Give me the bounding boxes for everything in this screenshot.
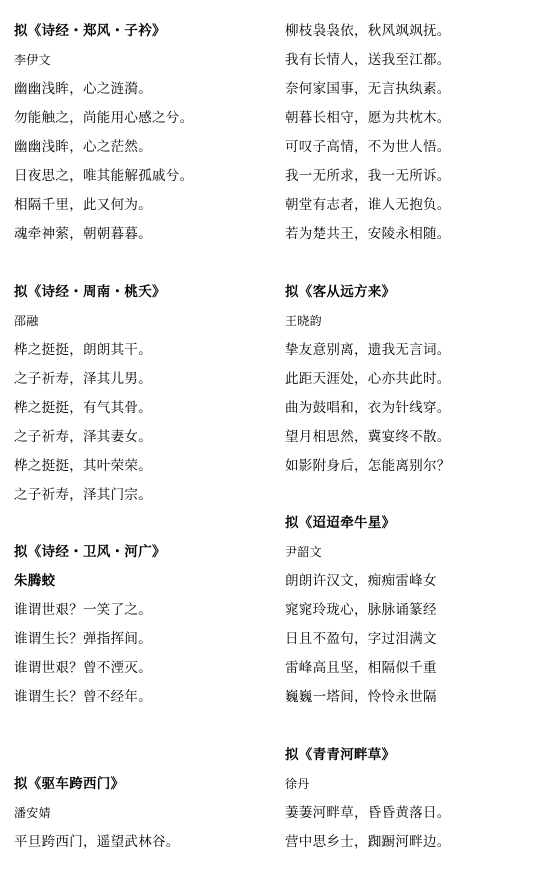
poem-author: 李伊文 — [14, 46, 193, 75]
poem-title: 拟《诗经・郑风・子衿》 — [14, 17, 193, 46]
poem-line: 如影附身后，怎能离别尔？ — [285, 452, 451, 481]
poem-line: 若为楚共王，安陵永相随。 — [285, 220, 451, 249]
poem-title: 拟《客从远方来》 — [285, 278, 451, 307]
poem-line: 萋萋河畔草，昏昏黄落日。 — [285, 799, 451, 828]
poem-title: 拟《青青河畔草》 — [285, 741, 451, 770]
poem-line: 营中思乡士，踟蹰河畔边。 — [285, 828, 451, 857]
poem-quche: 拟《驱车跨西门》 潘安婧 平旦跨西门，遥望武林谷。 — [14, 770, 180, 857]
poem-qingqing: 拟《青青河畔草》 徐丹 萋萋河畔草，昏昏黄落日。 营中思乡士，踟蹰河畔边。 — [285, 741, 451, 857]
poem-continuation: 柳枝袅袅依，秋风飒飒抚。 我有长情人，送我至江都。 奈何家国事，无言执纨素。 朝… — [285, 17, 451, 249]
poem-line: 朗朗许汉文，痴痴雷峰女 — [285, 567, 437, 596]
poem-author: 王晓韵 — [285, 307, 451, 336]
poem-line: 雷峰高且坚，相隔似千重 — [285, 654, 437, 683]
poem-line: 朝暮长相守，愿为共枕木。 — [285, 104, 451, 133]
poem-line: 此距天涯处，心亦共此时。 — [285, 365, 451, 394]
poem-heguang: 拟《诗经・卫风・河广》 朱腾蛟 谁谓世艰？一笑了之。 谁谓生长？弹指挥间。 谁谓… — [14, 538, 166, 712]
poem-line: 巍巍一塔间，怜怜永世隔 — [285, 683, 437, 712]
poem-line: 幽幽浅眸，心之茫然。 — [14, 133, 193, 162]
poem-kecongyuanfanglai: 拟《客从远方来》 王晓韵 挚友意别离，遗我无言词。 此距天涯处，心亦共此时。 曲… — [285, 278, 451, 481]
poem-line: 魂牵神萦，朝朝暮暮。 — [14, 220, 193, 249]
poem-line: 之子祈寿，泽其儿男。 — [14, 365, 166, 394]
poem-line: 曲为鼓唱和，衣为针线穿。 — [285, 394, 451, 423]
poem-line: 我一无所求，我一无所诉。 — [285, 162, 451, 191]
poem-author: 尹韶文 — [285, 538, 437, 567]
poem-line: 谁谓生长？弹指挥间。 — [14, 625, 166, 654]
poem-author: 徐丹 — [285, 770, 451, 799]
poem-line: 柳枝袅袅依，秋风飒飒抚。 — [285, 17, 451, 46]
poem-title: 拟《诗经・卫风・河广》 — [14, 538, 166, 567]
poem-line: 谁谓世艰？曾不湮灭。 — [14, 654, 166, 683]
poem-line: 日且不盈句，字过泪满文 — [285, 625, 437, 654]
poem-line: 幽幽浅眸，心之涟漪。 — [14, 75, 193, 104]
poem-line: 桦之挺挺，有气其骨。 — [14, 394, 166, 423]
poem-title: 拟《诗经・周南・桃夭》 — [14, 278, 166, 307]
poem-author: 邵融 — [14, 307, 166, 336]
poem-line: 我有长情人，送我至江都。 — [285, 46, 451, 75]
poem-author: 潘安婧 — [14, 799, 180, 828]
poem-line: 平旦跨西门，遥望武林谷。 — [14, 828, 180, 857]
poem-taoyao: 拟《诗经・周南・桃夭》 邵融 桦之挺挺，朗朗其干。 之子祈寿，泽其儿男。 桦之挺… — [14, 278, 166, 510]
poem-line: 挚友意别离，遗我无言词。 — [285, 336, 451, 365]
poem-line: 之子祈寿，泽其门宗。 — [14, 481, 166, 510]
poem-line: 奈何家国事，无言执纨素。 — [285, 75, 451, 104]
poem-line: 勿能触之，尚能用心感之兮。 — [14, 104, 193, 133]
poem-tiaotiao: 拟《迢迢牵牛星》 尹韶文 朗朗许汉文，痴痴雷峰女 窕窕玲珑心，脉脉诵篆经 日且不… — [285, 509, 437, 712]
poem-line: 可叹子高情，不为世人悟。 — [285, 133, 451, 162]
poem-line: 之子祈寿，泽其妻女。 — [14, 423, 166, 452]
poem-line: 望月相思然，冀宴终不散。 — [285, 423, 451, 452]
poem-line: 桦之挺挺，朗朗其干。 — [14, 336, 166, 365]
poem-line: 桦之挺挺，其叶荣荣。 — [14, 452, 166, 481]
poem-author: 朱腾蛟 — [14, 567, 166, 596]
poem-zijin: 拟《诗经・郑风・子衿》 李伊文 幽幽浅眸，心之涟漪。 勿能触之，尚能用心感之兮。… — [14, 17, 193, 249]
poem-line: 日夜思之，唯其能解孤戚兮。 — [14, 162, 193, 191]
poem-line: 谁谓生长？曾不经年。 — [14, 683, 166, 712]
poem-line: 窕窕玲珑心，脉脉诵篆经 — [285, 596, 437, 625]
poem-title: 拟《驱车跨西门》 — [14, 770, 180, 799]
poem-line: 相隔千里，此又何为。 — [14, 191, 193, 220]
poem-line: 谁谓世艰？一笑了之。 — [14, 596, 166, 625]
poem-title: 拟《迢迢牵牛星》 — [285, 509, 437, 538]
poem-line: 朝堂有志者，谁人无抱负。 — [285, 191, 451, 220]
